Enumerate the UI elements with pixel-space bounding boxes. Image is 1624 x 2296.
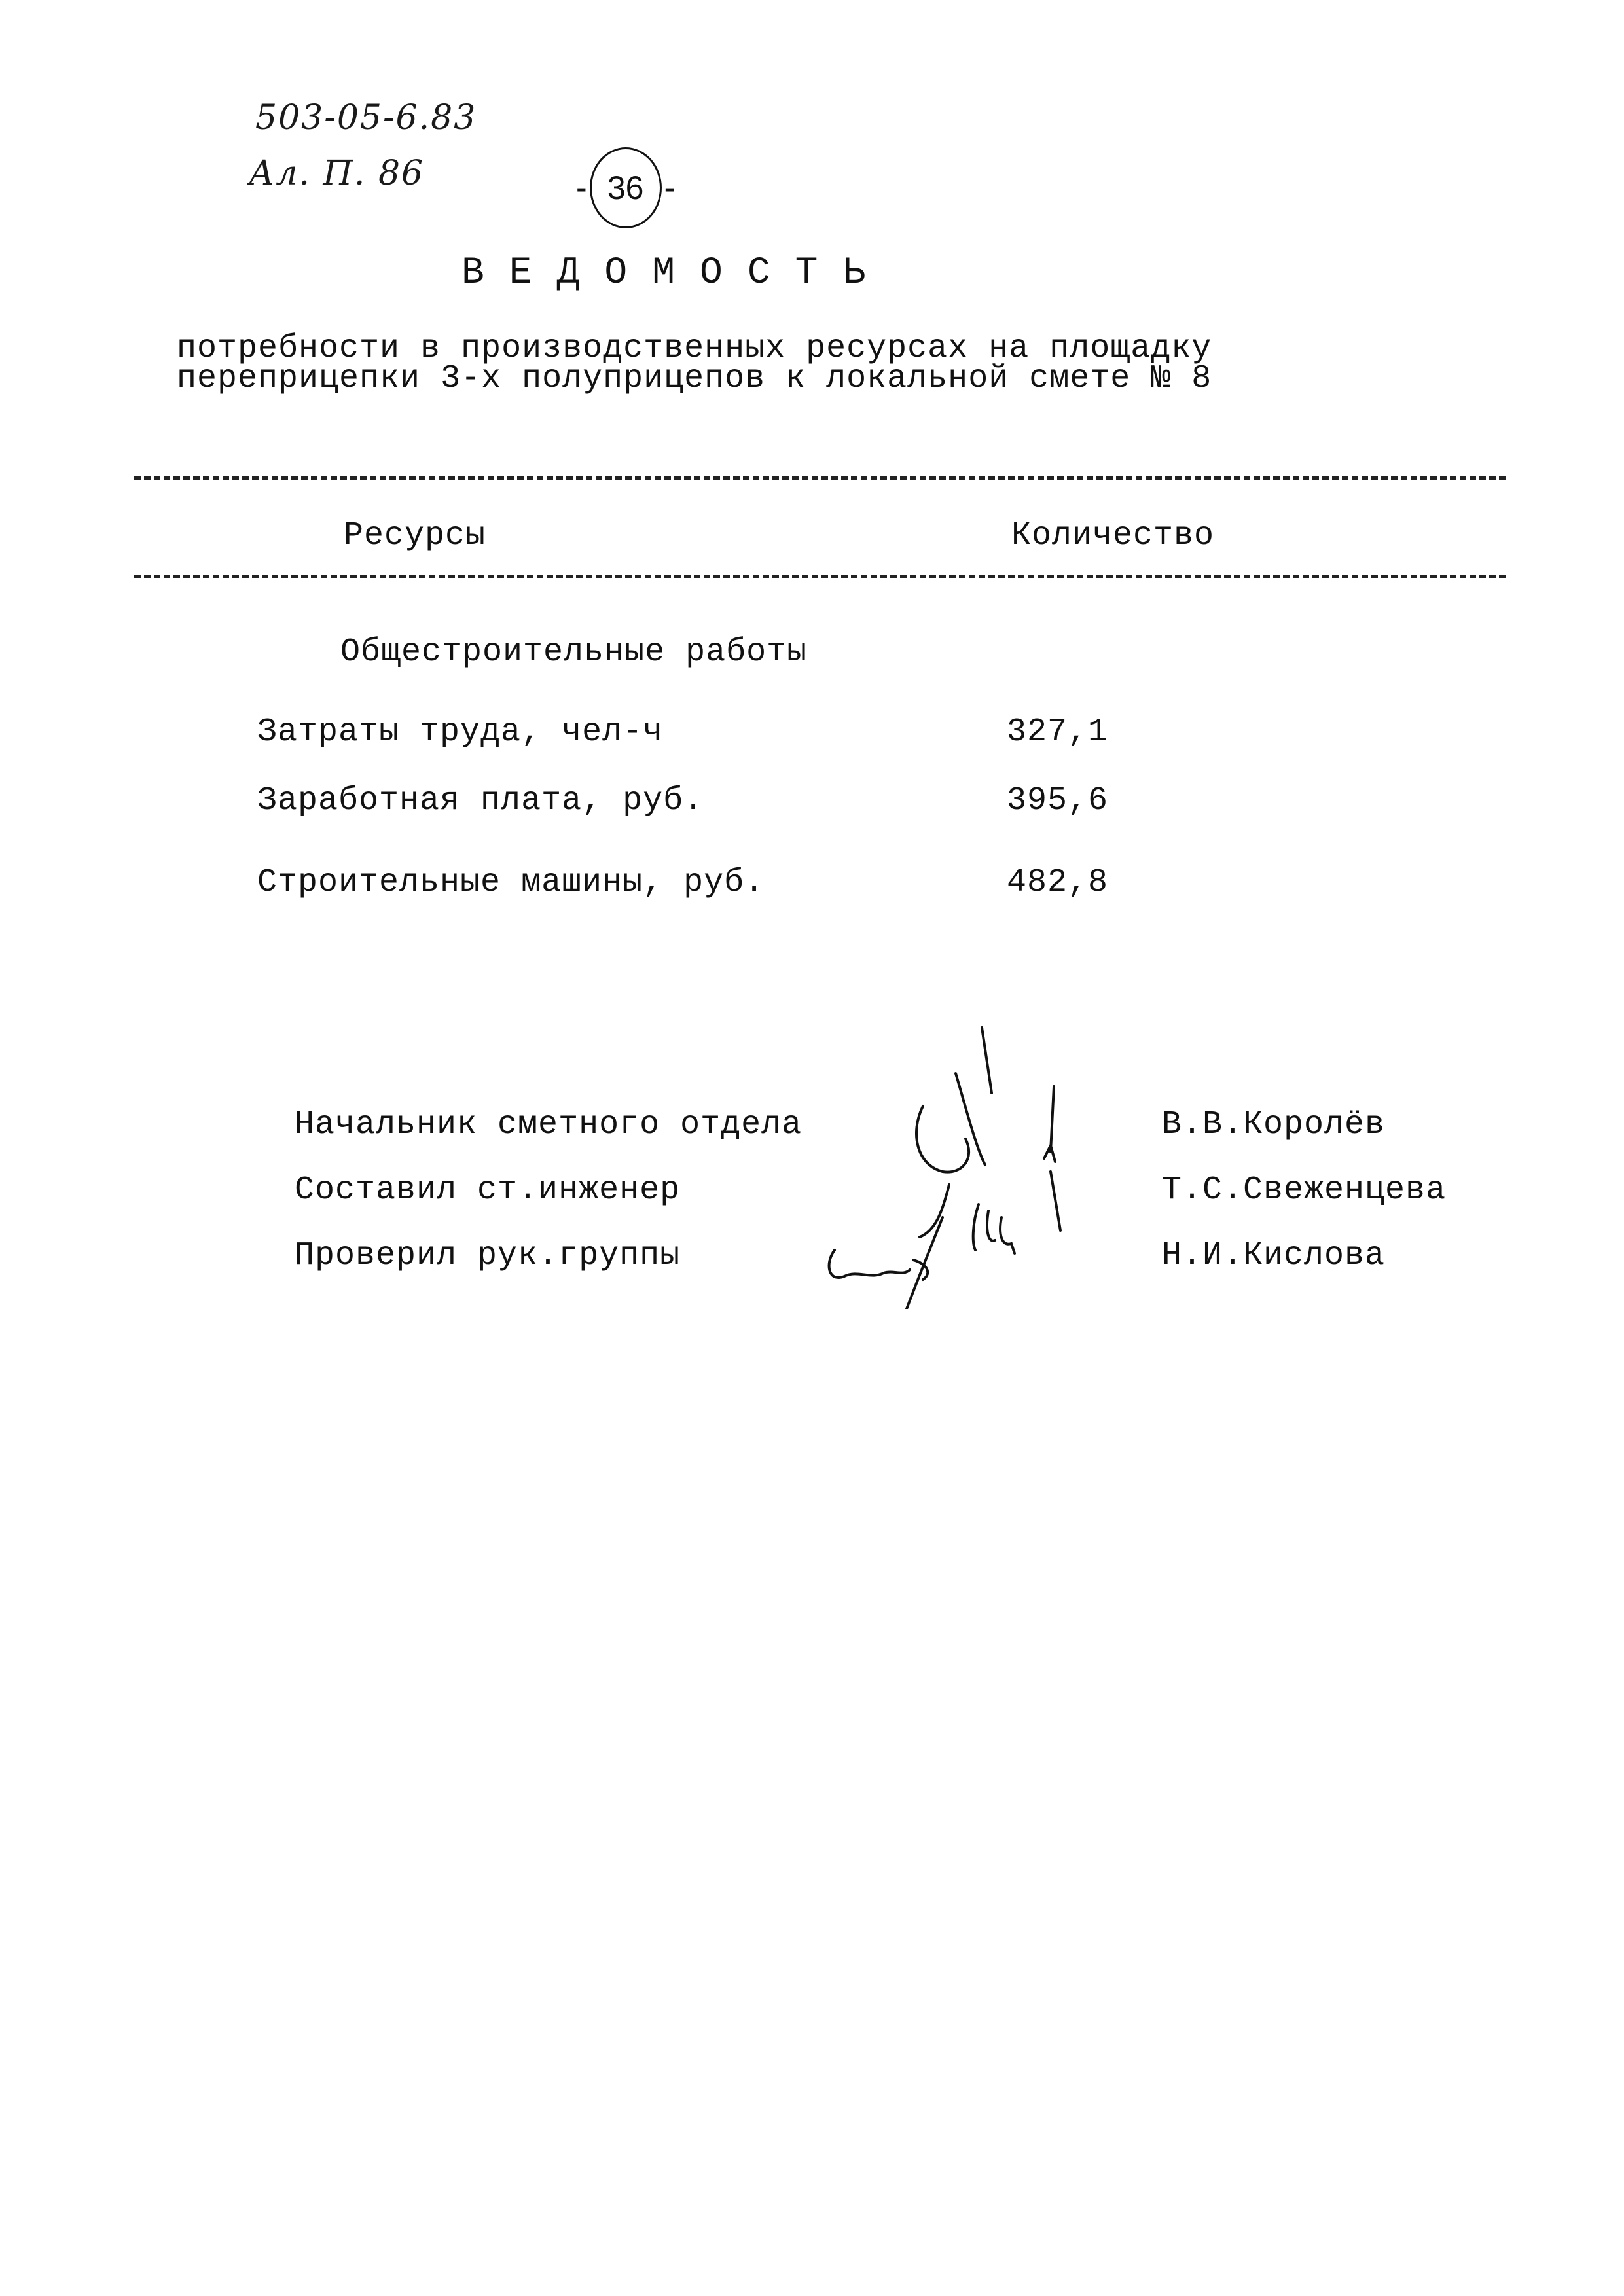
page-number-dash-right: -: [664, 169, 676, 207]
handwritten-sheet-ref: Ал. П. 86: [249, 154, 424, 193]
section-heading: Общестроительные работы: [340, 634, 807, 671]
signature-name: Т.С.Свеженцева: [1162, 1172, 1446, 1209]
subtitle-line-2: переприцепки 3-х полуприцепов к локально…: [177, 364, 1212, 394]
signature-name: В.В.Королёв: [1162, 1106, 1385, 1143]
page-number-circle: 36: [590, 147, 662, 228]
table-row-resource: Заработная плата, руб.: [257, 782, 704, 819]
table-row-resource: Затраты труда, чел-ч: [257, 713, 663, 751]
signature-position: Проверил рук.группы: [295, 1237, 680, 1274]
table-row-quantity: 327,1: [1007, 713, 1108, 751]
table-header-bottom-rule: [134, 575, 1506, 578]
handwritten-signatures-icon: [812, 1014, 1113, 1309]
table-row-quantity: 482,8: [1007, 864, 1108, 901]
signature-position: Начальник сметного отдела: [295, 1106, 802, 1143]
table-row-quantity: 395,6: [1007, 782, 1108, 819]
page-number-dash-left: -: [576, 169, 587, 207]
column-header-resources: Ресурсы: [344, 517, 486, 554]
table-row-resource: Строительные машины, руб.: [257, 864, 765, 901]
signature-position: Составил ст.инженер: [295, 1172, 680, 1209]
page-number: - 36 -: [576, 147, 675, 228]
column-header-quantity: Количество: [1011, 517, 1214, 554]
page-number-value: 36: [607, 169, 644, 207]
document-subtitle: потребности в производственных ресурсах …: [177, 334, 1212, 394]
handwritten-project-code: 503-05-6.83: [255, 98, 477, 137]
table-top-rule: [134, 476, 1506, 480]
document-title: ВЕДОМОСТЬ: [461, 252, 890, 295]
signature-name: Н.И.Кислова: [1162, 1237, 1385, 1274]
